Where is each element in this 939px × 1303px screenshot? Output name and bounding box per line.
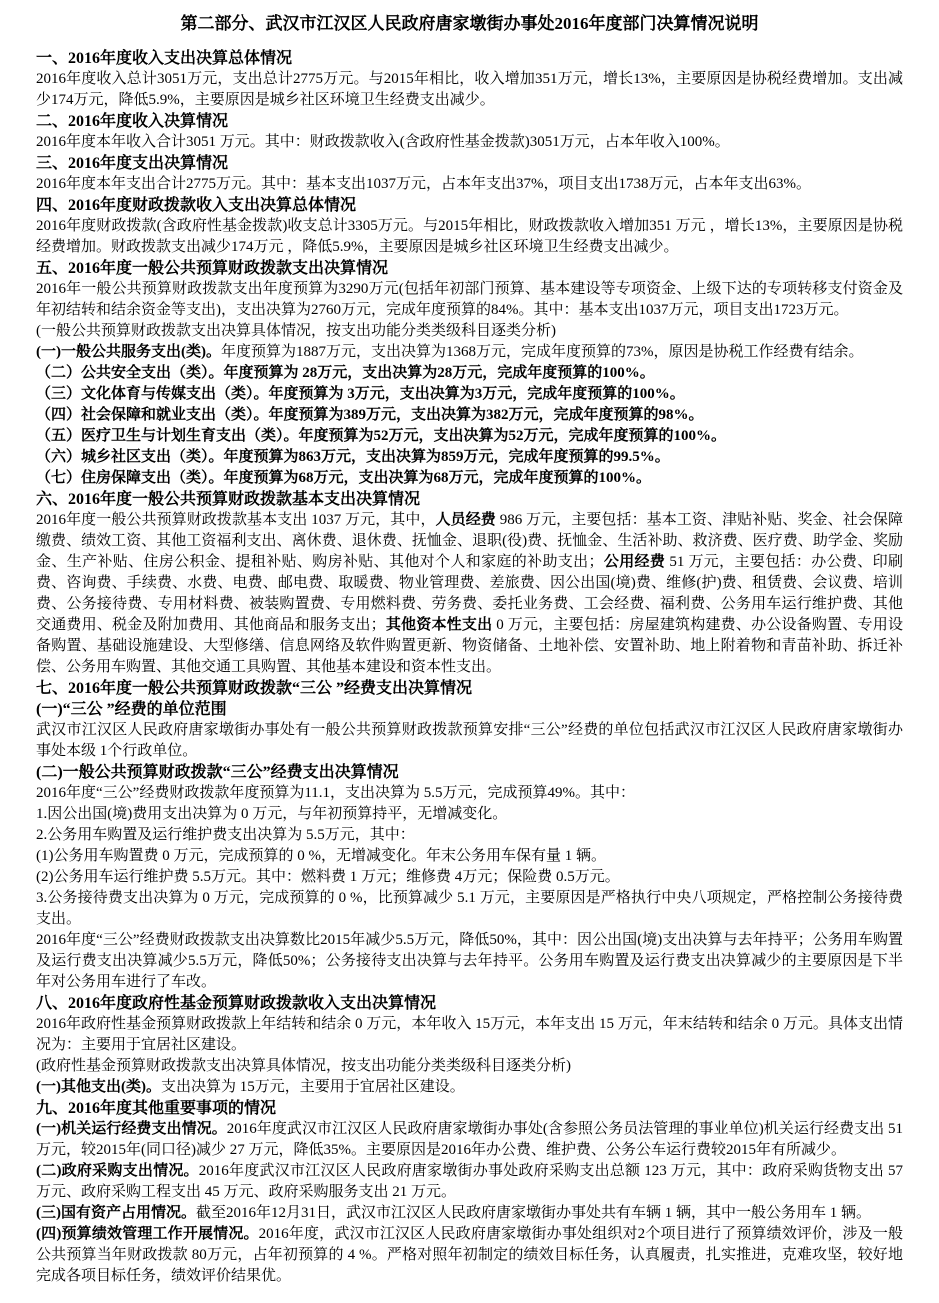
subsection-heading-7-2: (二)一般公共预算财政拨款“三公”经费支出决算情况 — [36, 762, 903, 783]
important-item-lead: (三)国有资产占用情况。 — [36, 1205, 196, 1221]
paragraph: 武汉市江汉区人民政府唐家墩街办事处有一般公共预算财政拨款预算安排“三公”经费的单… — [36, 720, 903, 762]
expense-item-text: 年度预算为1887万元，支出决算为1368万元，完成年度预算的73%，原因是协税… — [221, 344, 864, 360]
paragraph: 2016年度“三公”经费财政拨款年度预算为11.1，支出决算为 5.5万元，完成… — [36, 783, 903, 804]
expense-item-2: （二）公共安全支出（类）。年度预算为 28万元，支出决算为28万元，完成年度预算… — [36, 363, 903, 384]
document-title: 第二部分、武汉市江汉区人民政府唐家墩街办事处2016年度部门决算情况说明 — [36, 12, 903, 36]
important-item-lead: (四)预算绩效管理工作开展情况。 — [36, 1226, 259, 1242]
paragraph-note: (一般公共预算财政拨款支出决算具体情况，按支出功能分类类级科目逐类分析) — [36, 321, 903, 342]
important-item-text: 截至2016年12月31日，武汉市江汉区人民政府唐家墩街办事处共有车辆 1 辆，… — [196, 1205, 871, 1221]
document-page: 第二部分、武汉市江汉区人民政府唐家墩街办事处2016年度部门决算情况说明 一、2… — [0, 0, 939, 1303]
expense-item-6: （六）城乡社区支出（类）。年度预算为863万元，支出决算为859万元，完成年度预… — [36, 447, 903, 468]
term-capital-expense: 其他资本性支出 — [386, 617, 493, 633]
paragraph: 2016年政府性基金预算财政拨款上年结转和结余 0 万元，本年收入 15万元，本… — [36, 1014, 903, 1056]
section-heading-7: 七、2016年度一般公共预算财政拨款“三公 ”经费支出决算情况 — [36, 678, 903, 699]
expense-item-5: （五）医疗卫生与计划生育支出（类）。年度预算为52万元，支出决算为52万元，完成… — [36, 426, 903, 447]
term-personnel-expense: 人员经费 — [436, 512, 496, 528]
list-item: (1)公务用车购置费 0 万元，完成预算的 0 %，无增减变化。年末公务用车保有… — [36, 846, 903, 867]
paragraph: 2016年度“三公”经费财政拨款支出决算数比2015年减少5.5万元，降低50%… — [36, 930, 903, 993]
list-item: 1.因公出国(境)费用支出决算为 0 万元，与年初预算持平，无增减变化。 — [36, 804, 903, 825]
important-item-4: (四)预算绩效管理工作开展情况。2016年度，武汉市江汉区人民政府唐家墩街办事处… — [36, 1224, 903, 1287]
section-heading-2: 二、2016年度收入决算情况 — [36, 111, 903, 132]
paragraph-note: (政府性基金预算财政拨款支出决算具体情况，按支出功能分类类级科目逐类分析) — [36, 1056, 903, 1077]
expense-item-7: （七）住房保障支出（类）。年度预算为68万元，支出决算为68万元，完成年度预算的… — [36, 468, 903, 489]
paragraph: 2016年度财政拨款(含政府性基金拨款)收支总计3305万元。与2015年相比，… — [36, 216, 903, 258]
list-item: 2.公务用车购置及运行维护费支出决算为 5.5万元，其中： — [36, 825, 903, 846]
list-item: 3.公务接待费支出决算为 0 万元，完成预算的 0 %，比预算减少 5.1 万元… — [36, 888, 903, 930]
text-segment: 2016年度一般公共预算财政拨款基本支出 1037 万元，其中， — [36, 512, 436, 528]
paragraph: 2016年度收入总计3051万元，支出总计2775万元。与2015年相比，收入增… — [36, 69, 903, 111]
section-heading-9: 九、2016年度其他重要事项的情况 — [36, 1098, 903, 1119]
important-item-lead: (一)机关运行经费支出情况。 — [36, 1121, 227, 1137]
section-heading-1: 一、2016年度收入支出决算总体情况 — [36, 48, 903, 69]
section-heading-3: 三、2016年度支出决算情况 — [36, 153, 903, 174]
important-item-2: (二)政府采购支出情况。2016年度武汉市江汉区人民政府唐家墩街办事处政府采购支… — [36, 1161, 903, 1203]
important-item-3: (三)国有资产占用情况。截至2016年12月31日，武汉市江汉区人民政府唐家墩街… — [36, 1203, 903, 1224]
paragraph: 2016年度本年收入合计3051 万元。其中：财政拨款收入(含政府性基金拨款)3… — [36, 132, 903, 153]
expense-item-1: (一)一般公共服务支出(类)。年度预算为1887万元，支出决算为1368万元，完… — [36, 342, 903, 363]
paragraph: 2016年一般公共预算财政拨款支出年度预算为3290万元(包括年初部门预算、基本… — [36, 279, 903, 321]
expense-item-lead: (一)一般公共服务支出(类)。 — [36, 344, 221, 360]
important-item-lead: (二)政府采购支出情况。 — [36, 1163, 199, 1179]
paragraph: 2016年度本年支出合计2775万元。其中：基本支出1037万元，占本年支出37… — [36, 174, 903, 195]
section-heading-5: 五、2016年度一般公共预算财政拨款支出决算情况 — [36, 258, 903, 279]
important-item-1: (一)机关运行经费支出情况。2016年度武汉市江汉区人民政府唐家墩街办事处(含参… — [36, 1119, 903, 1161]
section-heading-8: 八、2016年度政府性基金预算财政拨款收入支出决算情况 — [36, 993, 903, 1014]
expense-item-3: （三）文化体育与传媒支出（类）。年度预算为 3万元，支出决算为3万元，完成年度预… — [36, 384, 903, 405]
expense-item-text: 支出决算为 15万元，主要用于宜居社区建设。 — [161, 1079, 465, 1095]
paragraph-basic-expense: 2016年度一般公共预算财政拨款基本支出 1037 万元，其中，人员经费 986… — [36, 510, 903, 678]
subsection-heading-7-1: (一)“三公 ”经费的单位范围 — [36, 699, 903, 720]
expense-item-4: （四）社会保障和就业支出（类）。年度预算为389万元，支出决算为382万元，完成… — [36, 405, 903, 426]
list-item: (2)公务用车运行维护费 5.5万元。其中：燃料费 1 万元；维修费 4万元；保… — [36, 867, 903, 888]
expense-item-lead: (一)其他支出(类)。 — [36, 1079, 161, 1095]
section-heading-6: 六、2016年度一般公共预算财政拨款基本支出决算情况 — [36, 489, 903, 510]
expense-item-other: (一)其他支出(类)。支出决算为 15万元，主要用于宜居社区建设。 — [36, 1077, 903, 1098]
term-public-expense: 公用经费 — [604, 554, 666, 570]
section-heading-4: 四、2016年度财政拨款收入支出决算总体情况 — [36, 195, 903, 216]
